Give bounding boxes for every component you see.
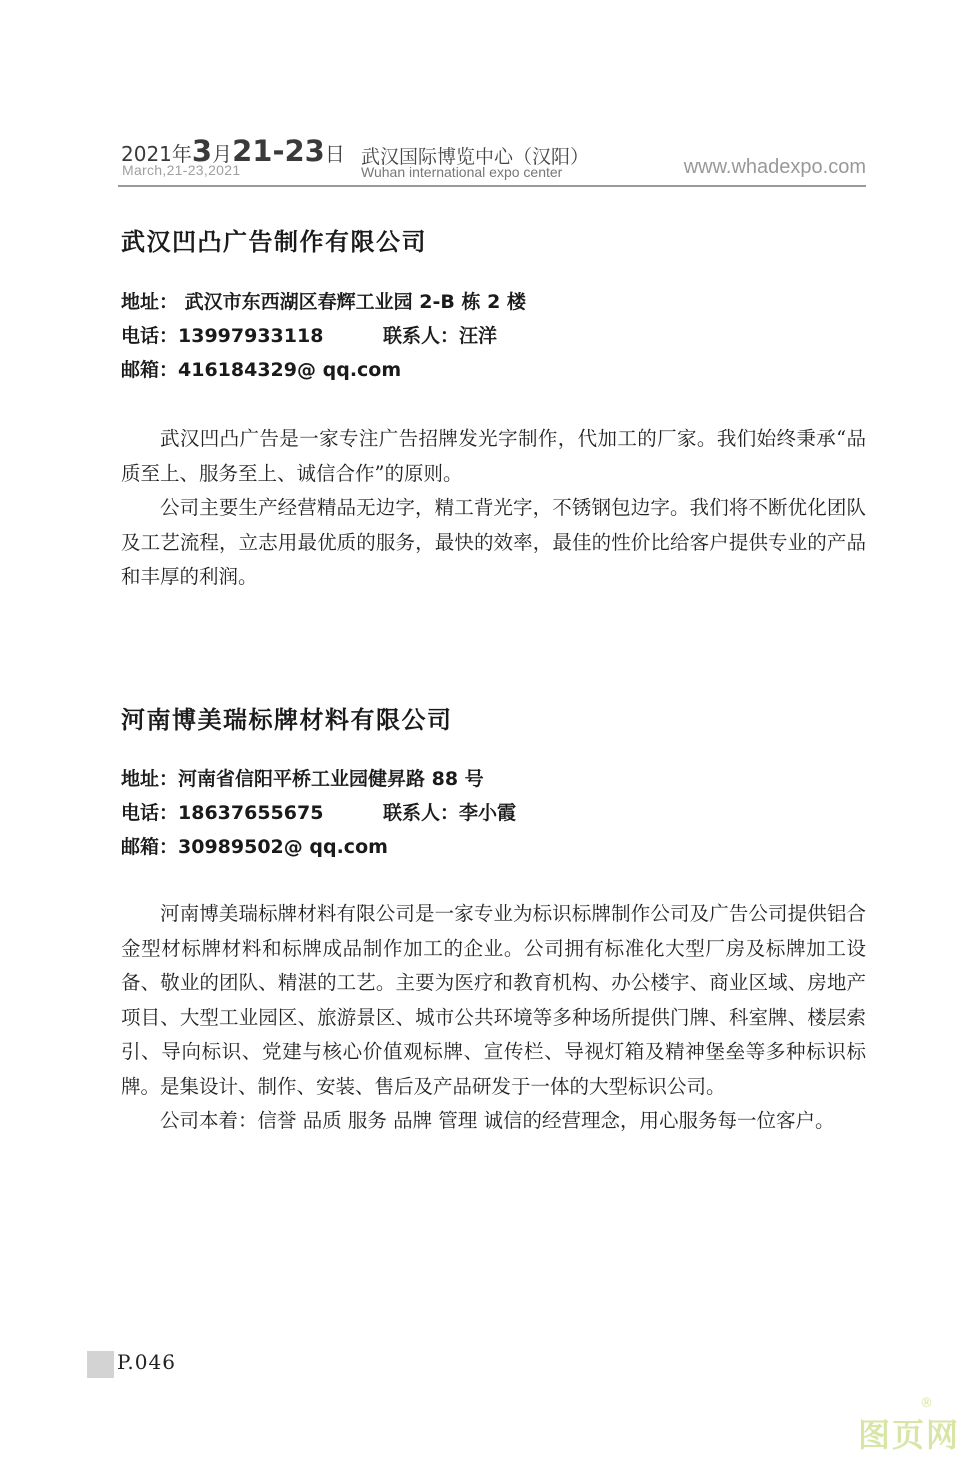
address-row: 地址： 武汉市东西湖区春辉工业园 2-B 栋 2 楼 [121, 285, 526, 319]
phone-row: 电话：13997933118 联系人：汪洋 [121, 319, 526, 353]
contact-value: 李小霞 [459, 802, 516, 824]
description-paragraph: 河南博美瑞标牌材料有限公司是一家专业为标识标牌制作公司及广告公司提供铝合金型材标… [121, 897, 866, 1104]
contact-value: 汪洋 [459, 325, 497, 347]
description-paragraph: 武汉凹凸广告是一家专注广告招牌发光字制作，代加工的厂家。我们始终秉承“品质至上、… [121, 422, 866, 491]
phone-label: 电话： [121, 802, 178, 824]
email-label: 邮箱： [121, 359, 178, 381]
registered-mark-icon: ® [920, 1396, 935, 1411]
email-row: 邮箱：416184329@ qq.com [121, 353, 526, 387]
watermark-text: 图页网 [858, 1416, 960, 1454]
address-row: 地址：河南省信阳平桥工业园健昇路 88 号 [121, 762, 484, 796]
expo-website: www.whadexpo.com [684, 156, 866, 179]
contact-person: 联系人：汪洋 [383, 319, 497, 353]
address-value: 武汉市东西湖区春辉工业园 2-B 栋 2 楼 [178, 291, 526, 313]
expo-date-english: March,21-23,2021 [122, 162, 240, 178]
address-label: 地址： [121, 768, 178, 790]
phone-row: 电话：18637655675 联系人：李小霞 [121, 796, 484, 830]
address-value: 河南省信阳平桥工业园健昇路 88 号 [178, 768, 484, 790]
phone-label: 电话： [121, 325, 178, 347]
company-description: 武汉凹凸广告是一家专注广告招牌发光字制作，代加工的厂家。我们始终秉承“品质至上、… [121, 422, 866, 595]
page-number: P.046 [117, 1350, 176, 1374]
email-row: 邮箱：30989502@ qq.com [121, 830, 484, 864]
expo-header: 2021年3月21-23日 March,21-23,2021 武汉国际博览中心（… [121, 136, 866, 188]
header-divider [118, 185, 866, 187]
description-paragraph: 公司本着：信誉 品质 服务 品牌 管理 诚信的经营理念，用心服务每一位客户。 [121, 1104, 866, 1139]
company-title: 武汉凹凸广告制作有限公司 [121, 222, 427, 257]
description-paragraph: 公司主要生产经营精品无边字，精工背光字，不锈钢包边字。我们将不断优化团队及工艺流… [121, 491, 866, 595]
expo-venue-english: Wuhan international expo center [361, 164, 562, 180]
contact-label: 联系人： [383, 325, 459, 347]
contact-label: 联系人： [383, 802, 459, 824]
company-description: 河南博美瑞标牌材料有限公司是一家专业为标识标牌制作公司及广告公司提供铝合金型材标… [121, 897, 866, 1139]
email-value: 416184329@ qq.com [178, 359, 401, 381]
phone-value: 13997933118 [178, 325, 323, 347]
company-contact-block: 地址： 武汉市东西湖区春辉工业园 2-B 栋 2 楼 电话：1399793311… [121, 285, 526, 387]
contact-person: 联系人：李小霞 [383, 796, 516, 830]
email-label: 邮箱： [121, 836, 178, 858]
page-marker-box [87, 1351, 114, 1378]
phone-value: 18637655675 [178, 802, 323, 824]
address-label: 地址： [121, 291, 178, 313]
company-title: 河南博美瑞标牌材料有限公司 [121, 700, 453, 735]
watermark-logo: 图页网 ® [858, 1410, 960, 1456]
email-value: 30989502@ qq.com [178, 836, 388, 858]
company-contact-block: 地址：河南省信阳平桥工业园健昇路 88 号 电话：18637655675 联系人… [121, 762, 484, 864]
